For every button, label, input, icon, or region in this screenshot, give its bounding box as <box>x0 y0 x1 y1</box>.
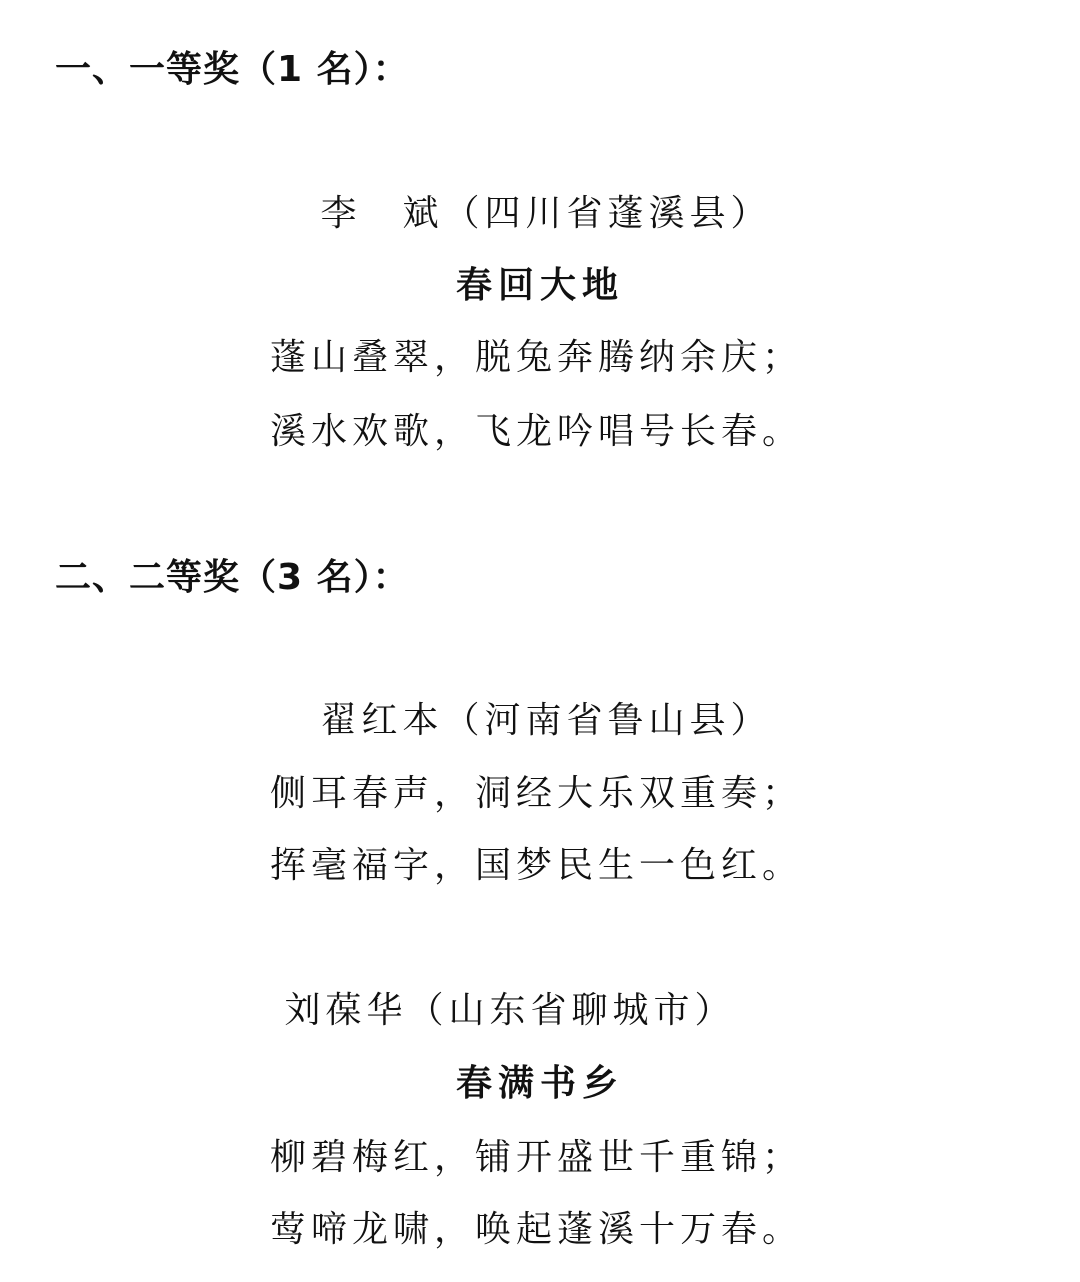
entry-title: 春满书乡 <box>0 1066 1080 1102</box>
entry-author: 翟红本（河南省鲁山县） <box>0 703 1080 739</box>
couplet-line-upper: 柳碧梅红，铺开盛世千重锦； <box>270 1140 803 1176</box>
couplet-line-lower: 挥毫福字，国梦民生一色红。 <box>270 848 803 884</box>
section-heading-second-prize: 二、二等奖（3 名）： <box>55 560 410 596</box>
entry-author: 李 斌（四川省蓬溪县） <box>0 196 1080 232</box>
couplet-line-lower: 莺啼龙啸，唤起蓬溪十万春。 <box>270 1212 803 1248</box>
entry-author: 刘葆华（山东省聊城市） <box>0 993 1050 1029</box>
section-heading-first-prize: 一、一等奖（1 名）： <box>55 52 410 88</box>
couplet-line-upper: 蓬山叠翠，脱兔奔腾纳余庆； <box>270 340 803 376</box>
couplet-line-upper: 侧耳春声，洞经大乐双重奏； <box>270 776 803 812</box>
couplet-line-lower: 溪水欢歌，飞龙吟唱号长春。 <box>270 414 803 450</box>
entry-title: 春回大地 <box>0 268 1080 304</box>
